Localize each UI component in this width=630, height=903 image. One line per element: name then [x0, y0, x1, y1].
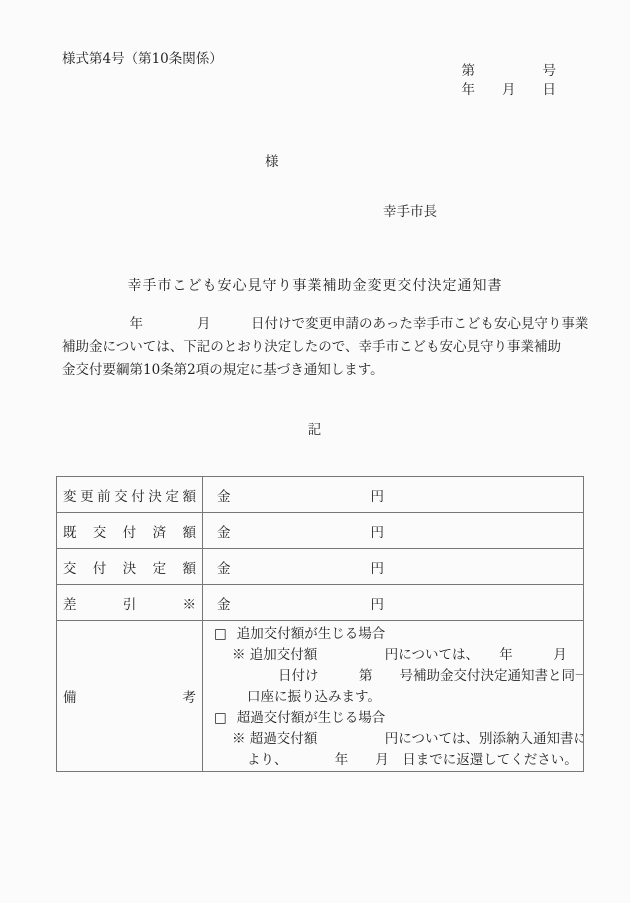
document-page: 様式第4号（第10条関係） 第 号 年 月 日 様 幸手市長 幸手市こども安心見… — [0, 0, 630, 903]
amount-cell-balance: 金円 — [203, 585, 584, 621]
table-row-balance: 差引※金円 — [57, 585, 584, 621]
remark-line-excess-grant-note-2: より、 年 月 日までに返還してください。 — [214, 750, 583, 771]
row-label-already-paid-amount: 既交付済額 — [63, 521, 196, 541]
sender-mayor: 幸手市長 — [383, 200, 437, 220]
row-label-pre-change-decided-amount: 変更前交付決定額 — [63, 485, 196, 505]
row-label-remarks: 備考 — [63, 686, 196, 706]
grant-amount-table-wrap: 変更前交付決定額金円既交付済額金円交付決定額金円差引※金円備考□追加交付額が生じ… — [56, 476, 584, 772]
row-label-balance: 差引※ — [63, 593, 196, 613]
table-row-already-paid-amount: 既交付済額金円 — [57, 513, 584, 549]
table-row-decided-amount: 交付決定額金円 — [57, 549, 584, 585]
amount-suffix-already-paid-amount: 円 — [371, 525, 385, 541]
remark-text-excess-grant-note-2: より、 年 月 日までに返還してください。 — [247, 752, 578, 768]
label-cell-pre-change-decided-amount: 変更前交付決定額 — [57, 477, 203, 513]
remark-text-excess-grant-note-1: ※ 超過交付額 円については、別添納入通知書に — [232, 731, 584, 747]
grant-table-body: 変更前交付決定額金円既交付済額金円交付決定額金円差引※金円備考□追加交付額が生じ… — [57, 477, 584, 772]
document-number-block: 第 号 年 月 日 — [462, 62, 557, 100]
amount-cell-already-paid-amount: 金円 — [203, 513, 584, 549]
amount-cell-pre-change-decided-amount: 金円 — [203, 477, 584, 513]
label-cell-decided-amount: 交付決定額 — [57, 549, 203, 585]
document-number-line: 第 号 — [462, 62, 557, 81]
amount-prefix-pre-change-decided-amount: 金 — [217, 489, 231, 505]
remark-line-additional-grant-case: □追加交付額が生じる場合 — [214, 624, 583, 645]
form-number: 様式第4号（第10条関係） — [62, 47, 223, 67]
grant-amount-table: 変更前交付決定額金円既交付済額金円交付決定額金円差引※金円備考□追加交付額が生じ… — [56, 476, 584, 772]
remark-text-excess-grant-case: 超過交付額が生じる場合 — [237, 710, 386, 726]
label-cell-balance: 差引※ — [57, 585, 203, 621]
ki-marker: 記 — [0, 418, 630, 438]
remark-text-additional-grant-note-1: ※ 追加交付額 円については、 年 月 — [232, 647, 567, 663]
addressee-suffix: 様 — [265, 150, 279, 170]
remark-line-excess-grant-note-1: ※ 超過交付額 円については、別添納入通知書に — [214, 729, 583, 750]
body-line-1: 年 月 日付けで変更申請のあった幸手市こども安心見守り事業 — [62, 313, 588, 336]
remark-text-additional-grant-note-3: 口座に振り込みます。 — [247, 689, 381, 705]
row-label-decided-amount: 交付決定額 — [63, 557, 196, 577]
document-title: 幸手市こども安心見守り事業補助金変更交付決定通知書 — [0, 275, 630, 295]
label-cell-remarks: 備考 — [57, 621, 203, 772]
table-row-remarks: 備考□追加交付額が生じる場合※ 追加交付額 円については、 年 月日付け 第 号… — [57, 621, 584, 772]
body-paragraph: 年 月 日付けで変更申請のあった幸手市こども安心見守り事業補助金については、下記… — [62, 313, 588, 382]
table-row-pre-change-decided-amount: 変更前交付決定額金円 — [57, 477, 584, 513]
checkbox-additional-grant-case[interactable]: □ — [214, 624, 227, 645]
remark-text-additional-grant-note-2: 日付け 第 号補助金交付決定通知書と同一 — [278, 668, 584, 684]
remark-line-additional-grant-note-2: 日付け 第 号補助金交付決定通知書と同一 — [214, 666, 583, 687]
amount-prefix-balance: 金 — [217, 597, 231, 613]
amount-prefix-decided-amount: 金 — [217, 561, 231, 577]
label-cell-already-paid-amount: 既交付済額 — [57, 513, 203, 549]
amount-cell-decided-amount: 金円 — [203, 549, 584, 585]
amount-suffix-pre-change-decided-amount: 円 — [371, 489, 385, 505]
remark-line-additional-grant-note-1: ※ 追加交付額 円については、 年 月 — [214, 645, 583, 666]
amount-suffix-decided-amount: 円 — [371, 561, 385, 577]
amount-suffix-balance: 円 — [371, 597, 385, 613]
checkbox-excess-grant-case[interactable]: □ — [214, 708, 227, 729]
amount-prefix-already-paid-amount: 金 — [217, 525, 231, 541]
remarks-cell: □追加交付額が生じる場合※ 追加交付額 円については、 年 月日付け 第 号補助… — [203, 621, 584, 772]
remark-text-additional-grant-case: 追加交付額が生じる場合 — [237, 626, 386, 642]
remark-line-additional-grant-note-3: 口座に振り込みます。 — [214, 687, 583, 708]
body-line-2: 補助金については、下記のとおり決定したので、幸手市こども安心見守り事業補助 — [62, 336, 588, 359]
remark-line-excess-grant-case: □超過交付額が生じる場合 — [214, 708, 583, 729]
body-line-3: 金交付要綱第10条第2項の規定に基づき通知します。 — [62, 359, 588, 382]
document-date-line: 年 月 日 — [462, 81, 557, 100]
